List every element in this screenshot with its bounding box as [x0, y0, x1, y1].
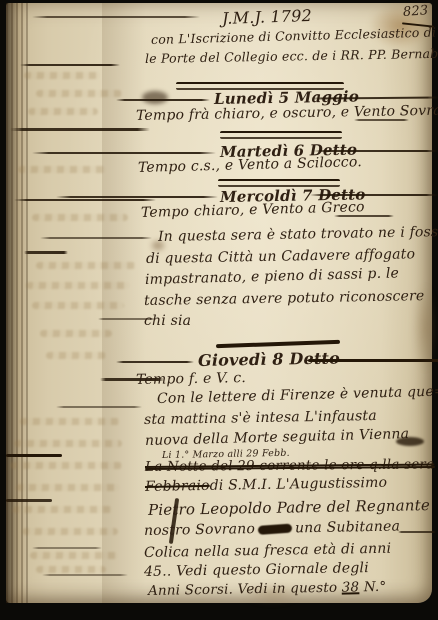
year-heading: J.M.J. 1792 [222, 6, 313, 28]
mercoledi-body-5: chi sia [144, 313, 191, 329]
mercoledi-body-1: In questa sera è stato trovato ne i foss… [158, 224, 438, 245]
ink-blob [396, 437, 424, 446]
giovedi-body-1: Con le lettere di Firenze è venuta que= [157, 383, 438, 407]
giovedi-body-8: 45.. Vedi questo Giornale degli [144, 560, 369, 580]
giovedi-body-9c: N.° [359, 579, 386, 595]
mercoledi-tempo: Tempo chiaro, e Vento a Greco [141, 199, 365, 221]
bleed-through-text [26, 282, 130, 289]
heading-rule [308, 359, 438, 362]
underlined-reference-number: 38 [342, 579, 360, 595]
bleed-through-text [18, 166, 106, 173]
giovedi-body-4-rest: di S.M.I. L'Augustissimo [210, 475, 388, 494]
ink-stroke [24, 251, 68, 254]
giovedi-body-6b: una Subitanea [295, 519, 400, 537]
heading-rule [116, 99, 210, 101]
intro-line-2: le Porte del Collegio ecc. de i RR. PP. … [145, 46, 438, 66]
entry-divider [220, 131, 342, 139]
giovedi-body-7: Colica nella sua fresca età di anni [144, 541, 391, 561]
bleed-through-text [40, 330, 112, 337]
giovedi-tempo: Tempo f. e V. c. [136, 370, 246, 388]
bleed-through-text [28, 108, 98, 115]
entry-divider [216, 340, 340, 348]
giovedi-body-4: Febbraiodi S.M.I. L'Augustissimo [145, 475, 387, 495]
bleed-through-text [10, 462, 122, 469]
ink-stroke [6, 499, 52, 502]
ink-stroke [42, 574, 128, 576]
ink-stroke [6, 454, 62, 457]
bleed-through-text [20, 418, 120, 425]
heading-rule [116, 361, 194, 363]
ink-stroke [334, 215, 394, 217]
giovedi-body-9a: Anni Scorsi. Vedi in questo [148, 580, 342, 599]
giovedi-body-3: nuova della Morte seguita in Vienna [145, 426, 410, 449]
book-spine-edge [6, 3, 28, 603]
manuscript-photo: 823 J.M.J. 1792 con L'Iscrizione di Conv… [0, 0, 438, 620]
giovedi-body-5: Pietro Leopoldo Padre del Regnante [148, 496, 430, 519]
martedi-tempo: Tempo c.s., e Vento a Scilocco. [138, 154, 362, 176]
mercoledi-body-3: impastranato, e pieno di sassi p. le [145, 265, 399, 288]
bleed-through-text [36, 262, 136, 269]
bleed-through-text [22, 528, 118, 535]
ink-stroke [32, 547, 102, 549]
giovedi-body-2: sta mattina s'è intesa L'infausta [144, 408, 377, 428]
heading-rule [314, 150, 438, 152]
bleed-through-text [36, 566, 106, 573]
heading-rule [310, 194, 438, 196]
heading-rule [56, 196, 218, 198]
bleed-through-text [32, 302, 124, 309]
giovedi-body-9: Anni Scorsi. Vedi in questo 38 N.° [148, 579, 387, 599]
mercoledi-body-2: di questa Città un Cadavere affogato [146, 246, 415, 267]
ink-stroke [56, 406, 142, 408]
ink-stroke [398, 531, 436, 533]
giovedi-body-6a: nostro Sovrano [144, 521, 255, 539]
ink-stroke [14, 199, 156, 201]
bleed-through-text [46, 352, 106, 359]
heading-rule [32, 152, 216, 154]
ink-stroke [10, 128, 150, 131]
folio-number: 823 [402, 3, 428, 20]
giovedi-body-6: nostro Sovranouna Subitanea [144, 519, 400, 539]
bleed-through-text [12, 506, 112, 513]
manuscript-page: 823 J.M.J. 1792 con L'Iscrizione di Conv… [6, 3, 432, 603]
ink-blob [142, 91, 168, 104]
bleed-through-text [30, 552, 118, 559]
bleed-through-text [14, 440, 122, 447]
ink-stroke [20, 64, 120, 66]
ink-stroke [32, 16, 200, 18]
struck-word: Febbraio [145, 478, 210, 495]
bleed-through-text [32, 214, 128, 221]
mercoledi-body-4: tasche senza avere potuto riconoscere [144, 288, 425, 309]
ink-stroke [354, 119, 409, 121]
ink-blot-correction [258, 523, 293, 534]
bleed-through-text [36, 90, 122, 97]
ink-stroke [40, 237, 152, 239]
heading-rule [311, 96, 438, 99]
bleed-through-text [16, 484, 120, 491]
bleed-through-text [24, 72, 100, 79]
